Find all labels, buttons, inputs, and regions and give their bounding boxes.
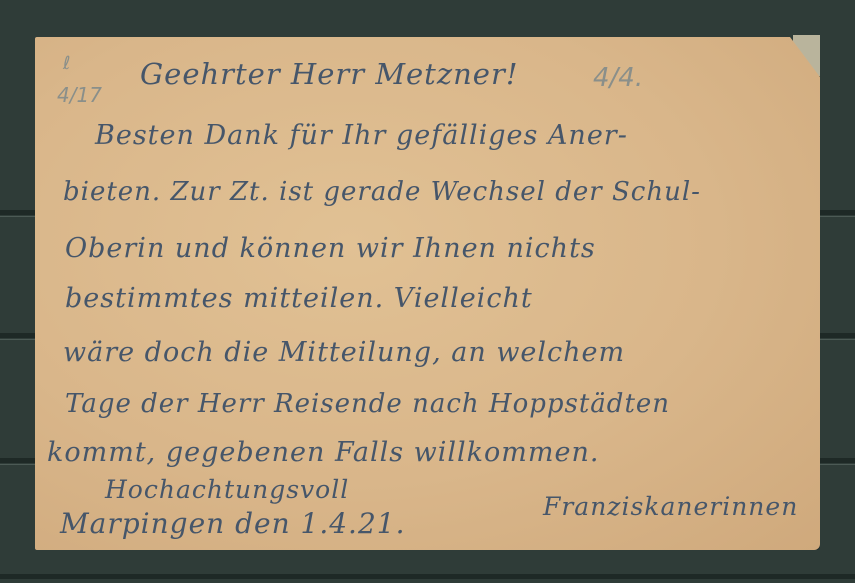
place-date: Marpingen den 1.4.21. — [60, 507, 405, 540]
closing: Hochachtungsvoll — [105, 475, 349, 504]
body-line: wäre doch die Mitteilung, an welchem — [63, 337, 625, 368]
body-line: Oberin und können wir Ihnen nichts — [65, 233, 596, 264]
postcard: ℓ 4/17 4/4. Geehrter Herr Metzner! Beste… — [35, 37, 820, 550]
signature: Franziskanerinnen — [543, 492, 798, 521]
pencil-note: ℓ — [63, 53, 70, 74]
body-line: Tage der Herr Reisende nach Hoppstädten — [65, 389, 670, 419]
body-line: bieten. Zur Zt. ist gerade Wechsel der S… — [63, 177, 701, 207]
salutation: Geehrter Herr Metzner! — [140, 57, 518, 91]
pencil-note: 4/17 — [57, 83, 102, 107]
body-line: kommt, gegebenen Falls willkommen. — [47, 437, 599, 468]
background-stripe — [0, 574, 855, 579]
pencil-note: 4/4. — [593, 63, 643, 93]
body-line: Besten Dank für Ihr gefälliges Aner- — [95, 120, 628, 151]
body-line: bestimmtes mitteilen. Vielleicht — [65, 283, 533, 314]
